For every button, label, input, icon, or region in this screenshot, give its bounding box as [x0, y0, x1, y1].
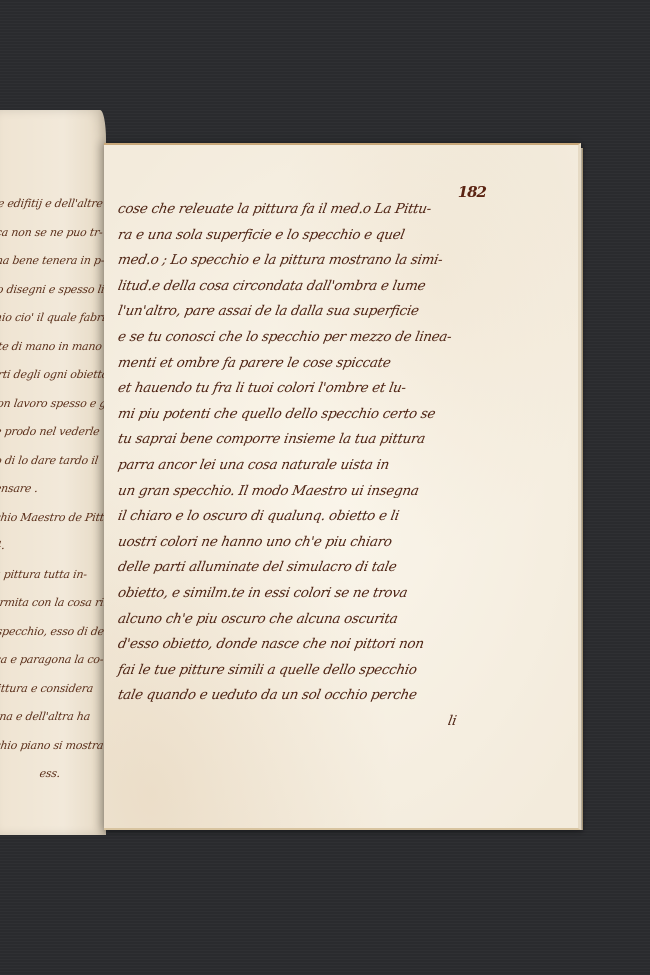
left-line: ...ul buon lavoro spesso e gra- — [0, 390, 106, 419]
manuscript-line: ra e una sola superficie e lo specchio e… — [116, 223, 501, 249]
manuscript-line: delle parti alluminate del simulacro di … — [116, 555, 501, 581]
left-line: ...alzo e prodo nel vederle — [0, 418, 106, 447]
left-line: ...pratica non se ne puo tr- — [0, 219, 106, 248]
manuscript-line: cose che releuate la pittura fa il med.o… — [116, 197, 501, 223]
left-line: ...ale, ma bene tenera in p- — [0, 247, 106, 276]
left-line: ...nacchio cio' il quale fabri- — [0, 304, 106, 333]
manuscript-line: tu saprai bene comporre insieme la tua p… — [116, 427, 501, 453]
manuscript-line: et hauendo tu fra li tuoi colori l'ombre… — [116, 376, 501, 402]
left-line: ...dell'una e dell'altra ha — [0, 703, 106, 732]
left-line: ...rendo di lo dare tardo il — [0, 447, 106, 476]
manuscript-line: uostri colori ne hanno uno ch'e piu chia… — [116, 530, 501, 556]
left-line: ...o parte di mano in mano — [0, 333, 106, 362]
left-line: ...specchio piano si mostra — [0, 732, 106, 761]
manuscript-line: l'un'altro, pare assai de la dalla sua s… — [116, 299, 501, 325]
manuscript-line: alcuno ch'e piu oscuro che alcuna oscuri… — [116, 607, 501, 633]
left-line: ...ificare edifitij e dell'altre co- — [0, 190, 106, 219]
left-line: ...e ripensare . — [0, 475, 106, 504]
catchword: li — [116, 709, 501, 735]
left-line-catchword: ess. — [0, 760, 106, 789]
manuscript-line: menti et ombre fa parere le cose spiccat… — [116, 351, 501, 377]
left-line: ...la tua pittura tutta in- — [0, 561, 106, 590]
manuscript-line: d'esso obietto, donde nasce che noi pitt… — [116, 632, 501, 658]
manuscript-line: med.o ; Lo specchio e la pittura mostran… — [116, 248, 501, 274]
left-line: ...C.274. — [0, 532, 106, 561]
manuscript-line: e se tu conosci che lo specchio per mezz… — [116, 325, 501, 351]
manuscript-line: parra ancor lei una cosa naturale uista … — [116, 453, 501, 479]
left-line: ...la cosa e paragona la co- — [0, 646, 106, 675]
left-line: ...conformita con la cosa ritratta — [0, 589, 106, 618]
left-line: ...li scorti degli ogni obietto e li- — [0, 361, 106, 390]
manuscript-line: il chiaro e lo oscuro di qualunq. obiett… — [116, 504, 501, 530]
left-page-text: ...ificare edifitij e dell'altre co- ...… — [0, 190, 106, 789]
right-page: 182 cose che releuate la pittura fa il m… — [104, 143, 581, 830]
left-line: ...tua pittura e considera — [0, 675, 106, 704]
left-line: ...specchio Maestro de Pittori. — [0, 504, 106, 533]
manuscript-line: fai le tue pitture simili a quelle dello… — [116, 658, 501, 684]
manuscript-line: mi piu potenti che quello dello specchio… — [116, 402, 501, 428]
left-line: ...uendo disegni e spesso li- — [0, 276, 106, 305]
left-line: ...d'un specchio, esso di dentro — [0, 618, 106, 647]
manuscript-line: tale quando e ueduto da un sol occhio pe… — [116, 683, 501, 709]
manuscript-line: obietto, e similm.te in essi colori se n… — [116, 581, 501, 607]
right-page-text: cose che releuate la pittura fa il med.o… — [118, 197, 498, 734]
manuscript-line: litud.e della cosa circondata dall'ombra… — [116, 274, 501, 300]
left-page: ...ificare edifitij e dell'altre co- ...… — [0, 110, 106, 835]
manuscript-line: un gran specchio. Il modo Maestro ui ins… — [116, 479, 501, 505]
